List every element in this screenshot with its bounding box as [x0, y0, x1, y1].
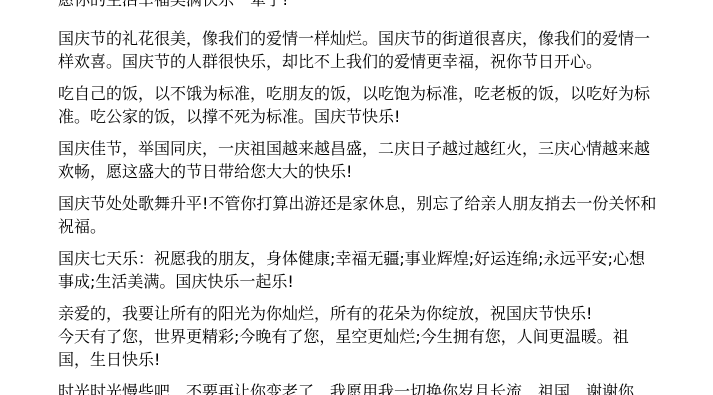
text-line: 今天有了您，世界更精彩;今晚有了您，星空更灿烂;今生拥有您，人间更温暖。祖 [58, 325, 658, 348]
document-content: 愿你的生活幸福美满快乐一辈子! 国庆节的礼花很美，像我们的爱情一样灿烂。国庆节的… [58, 0, 658, 395]
greeting-paragraph-national-celebration: 国庆佳节，举国同庆，一庆祖国越来越昌盛，二庆日子越过越红火，三庆心情越来越 欢畅… [58, 137, 658, 183]
document-page: 愿你的生活幸福美满快乐一辈子! 国庆节的礼花很美，像我们的爱情一样灿烂。国庆节的… [0, 0, 713, 395]
text-line: 吃自己的饭，以不饿为标准，吃朋友的饭，以吃饱为标准，吃老板的饭，以吃好为标 [58, 82, 658, 105]
text-line: 祝福。 [58, 215, 658, 238]
text-line: 时光时光慢些吧，不要再让你变老了，我愿用我一切换你岁月长流，祖国，谢谢你 [58, 380, 658, 395]
text-line: 样欢喜。国庆节的人群很快乐，却比不上我们的爱情更幸福，祝你节日开心。 [58, 50, 658, 73]
text-line: 国庆节的礼花很美，像我们的爱情一样灿烂。国庆节的街道很喜庆，像我们的爱情一 [58, 27, 658, 50]
text-line: 亲爱的，我要让所有的阳光为你灿烂，所有的花朵为你绽放，祝国庆节快乐! [58, 302, 658, 325]
text-line: 国庆节处处歌舞升平!不管你打算出游还是家休息，别忘了给亲人朋友捎去一份关怀和 [58, 192, 658, 215]
greeting-paragraph-fireworks-love: 国庆节的礼花很美，像我们的爱情一样灿烂。国庆节的街道很喜庆，像我们的爱情一 样欢… [58, 27, 658, 73]
text-line: 愿你的生活幸福美满快乐一辈子! [58, 0, 658, 11]
text-line: 国庆七天乐：祝愿我的朋友，身体健康;幸福无疆;事业辉煌;好运连绵;永远平安;心想 [58, 247, 658, 270]
text-line: 国，生日快乐! [58, 348, 658, 371]
text-line: 准。吃公家的饭，以撑不死为标准。国庆节快乐! [58, 105, 658, 128]
text-line: 国庆佳节，举国同庆，一庆祖国越来越昌盛，二庆日子越过越红火，三庆心情越来越 [58, 137, 658, 160]
greeting-paragraph-song-and-dance: 国庆节处处歌舞升平!不管你打算出游还是家休息，别忘了给亲人朋友捎去一份关怀和 祝… [58, 192, 658, 238]
greeting-paragraph-clipped-top: 愿你的生活幸福美满快乐一辈子! [58, 0, 658, 11]
greeting-paragraph-eating-rice: 吃自己的饭，以不饿为标准，吃朋友的饭，以吃饱为标准，吃老板的饭，以吃好为标 准。… [58, 82, 658, 128]
greeting-paragraph-seven-days-fun: 国庆七天乐：祝愿我的朋友，身体健康;幸福无疆;事业辉煌;好运连绵;永远平安;心想… [58, 247, 658, 293]
greeting-paragraph-clipped-bottom: 时光时光慢些吧，不要再让你变老了，我愿用我一切换你岁月长流，祖国，谢谢你 [58, 380, 658, 395]
greeting-paragraph-sunshine-flowers: 亲爱的，我要让所有的阳光为你灿烂，所有的花朵为你绽放，祝国庆节快乐! 今天有了您… [58, 302, 658, 371]
text-line: 事成;生活美满。国庆快乐一起乐! [58, 270, 658, 293]
text-line: 欢畅，愿这盛大的节日带给您大大的快乐! [58, 160, 658, 183]
